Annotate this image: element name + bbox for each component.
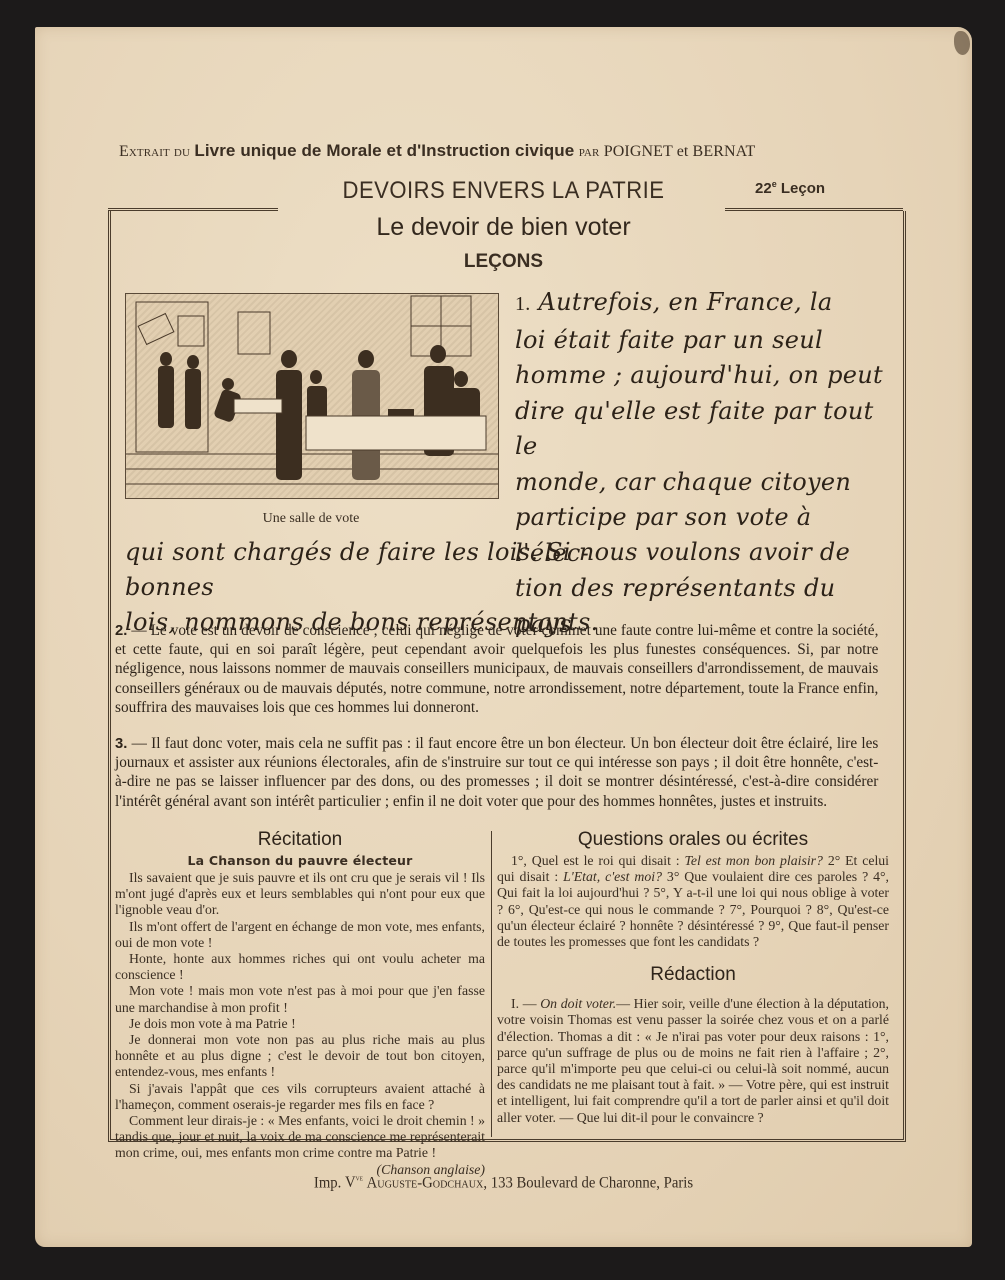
footer-vve: Vve [345,1174,363,1191]
question-text: Pourquoi ? [750,902,812,917]
lesson-number-value: 22 [755,180,772,197]
torn-corner [954,31,970,55]
redaction-text: I. — On doit voter.— Hier soir, veille d… [497,996,889,1126]
book-title: Livre unique de Morale et d'Instruction … [194,141,574,160]
question-number: 1°, [511,853,527,868]
question-quote: Tel est mon bon plaisir? [684,853,822,868]
poem-stanza: Ils savaient que je suis pauvre et ils o… [115,870,485,919]
question-number: 4°, [873,869,889,884]
header-by: par [579,143,600,160]
book-header: Extrait du Livre unique de Morale et d'I… [119,141,879,161]
question-quote: L'Etat, c'est moi? [563,869,662,884]
book-authors: POIGNET et BERNAT [604,143,756,160]
recitation-heading: Récitation [115,827,485,853]
question-number: 5°, [654,885,670,900]
poem-stanza: Je donnerai mon vote non pas au plus ric… [115,1032,485,1081]
poem-stanza: Honte, honte aux hommes riches qui ont v… [115,951,485,983]
poem-stanza: Je dois mon vote à ma Patrie ! [115,1016,485,1032]
lesson-3-paragraph: 3. — Il faut donc voter, mais cela ne su… [115,734,878,811]
question-text: Qu'est-ce qui nous le commande ? [529,902,725,917]
illustration-caption: Une salle de vote [125,511,497,527]
poem-stanza-text: Comment leur dirais-je : « Mes enfants, … [115,1113,485,1160]
lesson-1-line: qui sont chargés de faire les lois. Si n… [125,535,895,605]
lesson-1-line: 1. Autrefois, en France, la [515,285,885,323]
redaction-heading: Rédaction [497,962,889,988]
redaction-topic: On doit voter. [540,996,616,1011]
footer-vve-sup: ve [356,1173,363,1183]
lesson-1-line: dire qu'elle est faite par tout le [515,394,885,465]
poem-stanza: Ils m'ont offert de l'argent en échange … [115,919,485,951]
question-number: 6°, [508,902,524,917]
footer-printer-name: Auguste-Godchaux [367,1174,484,1191]
lesson-3-text: — Il faut donc voter, mais cela ne suffi… [115,735,878,810]
question-text: Quel est le roi qui disait : [532,853,680,868]
header-prefix: Extrait du [119,143,190,160]
lecons-heading: LEÇONS [35,251,972,273]
poem-stanza-last: Comment leur dirais-je : « Mes enfants, … [115,1113,485,1162]
question-number: 2° [828,853,840,868]
questions-list: 1°, Quel est le roi qui disait : Tel est… [497,853,889,950]
questions-heading: Questions orales ou écrites [497,827,889,853]
poem-title: La Chanson du pauvre électeur [115,853,485,868]
engraving-illustration [126,294,498,498]
questions-section: Questions orales ou écrites 1°, Quel est… [497,827,889,1126]
voting-room-engraving [125,293,499,499]
question-number: 9°, [768,918,784,933]
poem-stanza: Mon vote ! mais mon vote n'est pas à moi… [115,983,485,1015]
column-divider [491,831,492,1137]
lesson-1-line: homme ; aujourd'hui, on peut [515,358,885,394]
question-number: 7°, [730,902,746,917]
lesson-3-number: 3. [115,735,127,752]
lesson-1-text: Autrefois, en France, la [539,288,833,316]
lesson-number: 22e Leçon [755,179,825,197]
lesson-number-suffix: e [772,179,777,189]
document-page: Extrait du Livre unique de Morale et d'I… [35,27,972,1247]
page-subtitle: Le devoir de bien voter [35,213,972,242]
lesson-2-text: — Le vote est un devoir de conscience ; … [115,622,878,716]
redaction-number: I. — [511,996,537,1011]
footer-vve-letter: V [345,1174,356,1191]
question-number: 8°, [817,902,833,917]
lesson-number-label: Leçon [781,180,825,197]
question-number: 3° [667,869,679,884]
lesson-1-line: loi était faite par un seul [515,323,885,359]
lesson-2-number: 2. [115,622,127,639]
footer-address: , 133 Boulevard de Charonne, Paris [483,1174,693,1191]
redaction-body: — Hier soir, veille d'une élection à la … [497,996,889,1124]
recitation-section: Récitation La Chanson du pauvre électeur… [115,827,485,1178]
lesson-2-paragraph: 2. — Le vote est un devoir de conscience… [115,621,878,717]
lesson-1-number: 1. [515,293,531,315]
lesson-1-line: monde, car chaque citoyen [515,465,885,501]
question-text: Que voulaient dire ces paroles ? [684,869,868,884]
printer-footer: Imp. Vve Auguste-Godchaux, 133 Boulevard… [72,1173,934,1192]
question-text: Qui fait la loi aujourd'hui ? [497,885,649,900]
poem-stanza: Si j'avais l'appât que ces vils corrupte… [115,1081,485,1113]
footer-imp: Imp. [314,1174,341,1191]
